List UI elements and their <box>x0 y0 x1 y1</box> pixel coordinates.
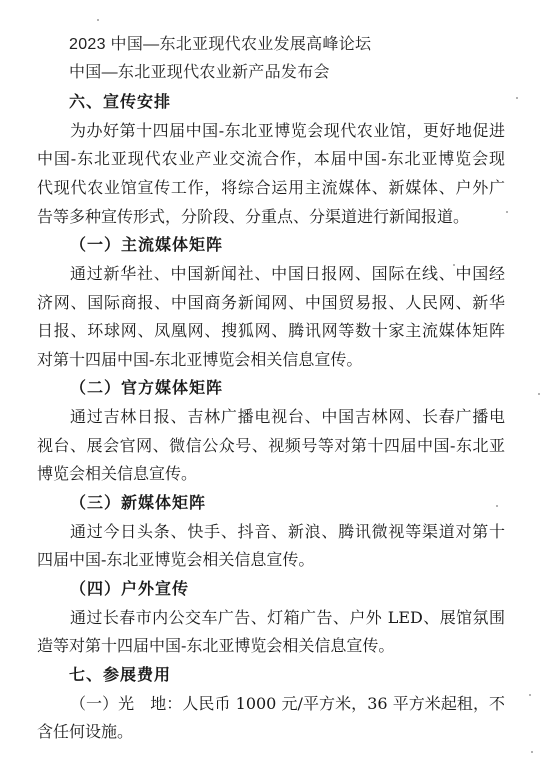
scan-speck <box>529 694 531 696</box>
subsection-heading: （三）新媒体矩阵 <box>37 489 505 518</box>
paragraph-line: 为办好第十四届中国-东北亚博览会现代农业馆，更好地促进 <box>37 117 505 146</box>
paragraph-line: 四届中国-东北亚博览会相关信息宣传。 <box>37 546 505 575</box>
section-publicity-arrangement: 六、宣传安排 为办好第十四届中国-东北亚博览会现代农业馆，更好地促进 中国-东北… <box>37 88 505 661</box>
scan-speck <box>516 97 518 99</box>
paragraph-line: 济网、国际商报、中国商务新闻网、中国贸易报、人民网、新华 <box>37 289 505 318</box>
paragraph-line: （一）光 地：人民币 1000 元/平方米，36 平方米起租，不 <box>37 690 505 719</box>
scan-speck <box>538 393 540 395</box>
subsection-heading: （二）官方媒体矩阵 <box>37 374 505 403</box>
scan-speck <box>531 751 533 753</box>
section-heading: 七、参展费用 <box>37 661 505 690</box>
paragraph-line: 造等对第十四届中国-东北亚博览会相关信息宣传。 <box>37 632 505 661</box>
paragraph-line: 通过长春市内公交车广告、灯箱广告、户外 LED、展馆氛围营 <box>37 604 505 633</box>
paragraph-line: 视台、展会官网、微信公众号、视频号等对第十四届中国-东北亚 <box>37 432 505 461</box>
paragraph-line: 通过新华社、中国新闻社、中国日报网、国际在线、中国经 <box>37 260 505 289</box>
document-title-line-2: 中国—东北亚现代农业新产品发布会 <box>37 59 505 88</box>
subsection-mainstream-media: （一）主流媒体矩阵 通过新华社、中国新闻社、中国日报网、国际在线、中国经 济网、… <box>37 231 505 374</box>
subsection-official-media: （二）官方媒体矩阵 通过吉林日报、吉林广播电视台、中国吉林网、长春广播电 视台、… <box>37 374 505 489</box>
paragraph-line: 中国-东北亚现代农业产业交流合作，本届中国-东北亚博览会现 <box>37 145 505 174</box>
subsection-new-media: （三）新媒体矩阵 通过今日头条、快手、抖音、新浪、腾讯微视等渠道对第十 四届中国… <box>37 489 505 575</box>
paragraph-line: 博览会相关信息宣传。 <box>37 460 505 489</box>
paragraph-line: 日报、环球网、凤凰网、搜狐网、腾讯网等数十家主流媒体矩阵 <box>37 317 505 346</box>
paragraph-line: 对第十四届中国-东北亚博览会相关信息宣传。 <box>37 346 505 375</box>
scan-speck <box>97 19 99 21</box>
subsection-outdoor-publicity: （四）户外宣传 通过长春市内公交车广告、灯箱广告、户外 LED、展馆氛围营 造等… <box>37 575 505 661</box>
fee-item-raw-space: （一）光 地：人民币 1000 元/平方米，36 平方米起租，不 含任何设施。 <box>37 690 505 747</box>
scan-speck <box>506 211 508 213</box>
paragraph-line: 通过今日头条、快手、抖音、新浪、腾讯微视等渠道对第十 <box>37 518 505 547</box>
scan-speck <box>453 264 455 266</box>
paragraph-line: 代现代农业馆宣传工作，将综合运用主流媒体、新媒体、户外广 <box>37 174 505 203</box>
scan-speck <box>496 505 498 507</box>
paragraph-line: 告等多种宣传形式，分阶段、分重点、分渠道进行新闻报道。 <box>37 203 505 232</box>
intro-paragraph: 为办好第十四届中国-东北亚博览会现代农业馆，更好地促进 中国-东北亚现代农业产业… <box>37 117 505 232</box>
subsection-heading: （一）主流媒体矩阵 <box>37 231 505 260</box>
document-body: 2023 中国—东北亚现代农业发展高峰论坛 中国—东北亚现代农业新产品发布会 六… <box>37 31 505 747</box>
document-page: 2023 中国—东北亚现代农业发展高峰论坛 中国—东北亚现代农业新产品发布会 六… <box>0 0 554 771</box>
paragraph-line: 含任何设施。 <box>37 718 505 747</box>
subsection-heading: （四）户外宣传 <box>37 575 505 604</box>
section-heading: 六、宣传安排 <box>37 88 505 117</box>
section-exhibition-fees: 七、参展费用 （一）光 地：人民币 1000 元/平方米，36 平方米起租，不 … <box>37 661 505 747</box>
document-title-line-1: 2023 中国—东北亚现代农业发展高峰论坛 <box>37 31 505 60</box>
paragraph-line: 通过吉林日报、吉林广播电视台、中国吉林网、长春广播电 <box>37 403 505 432</box>
